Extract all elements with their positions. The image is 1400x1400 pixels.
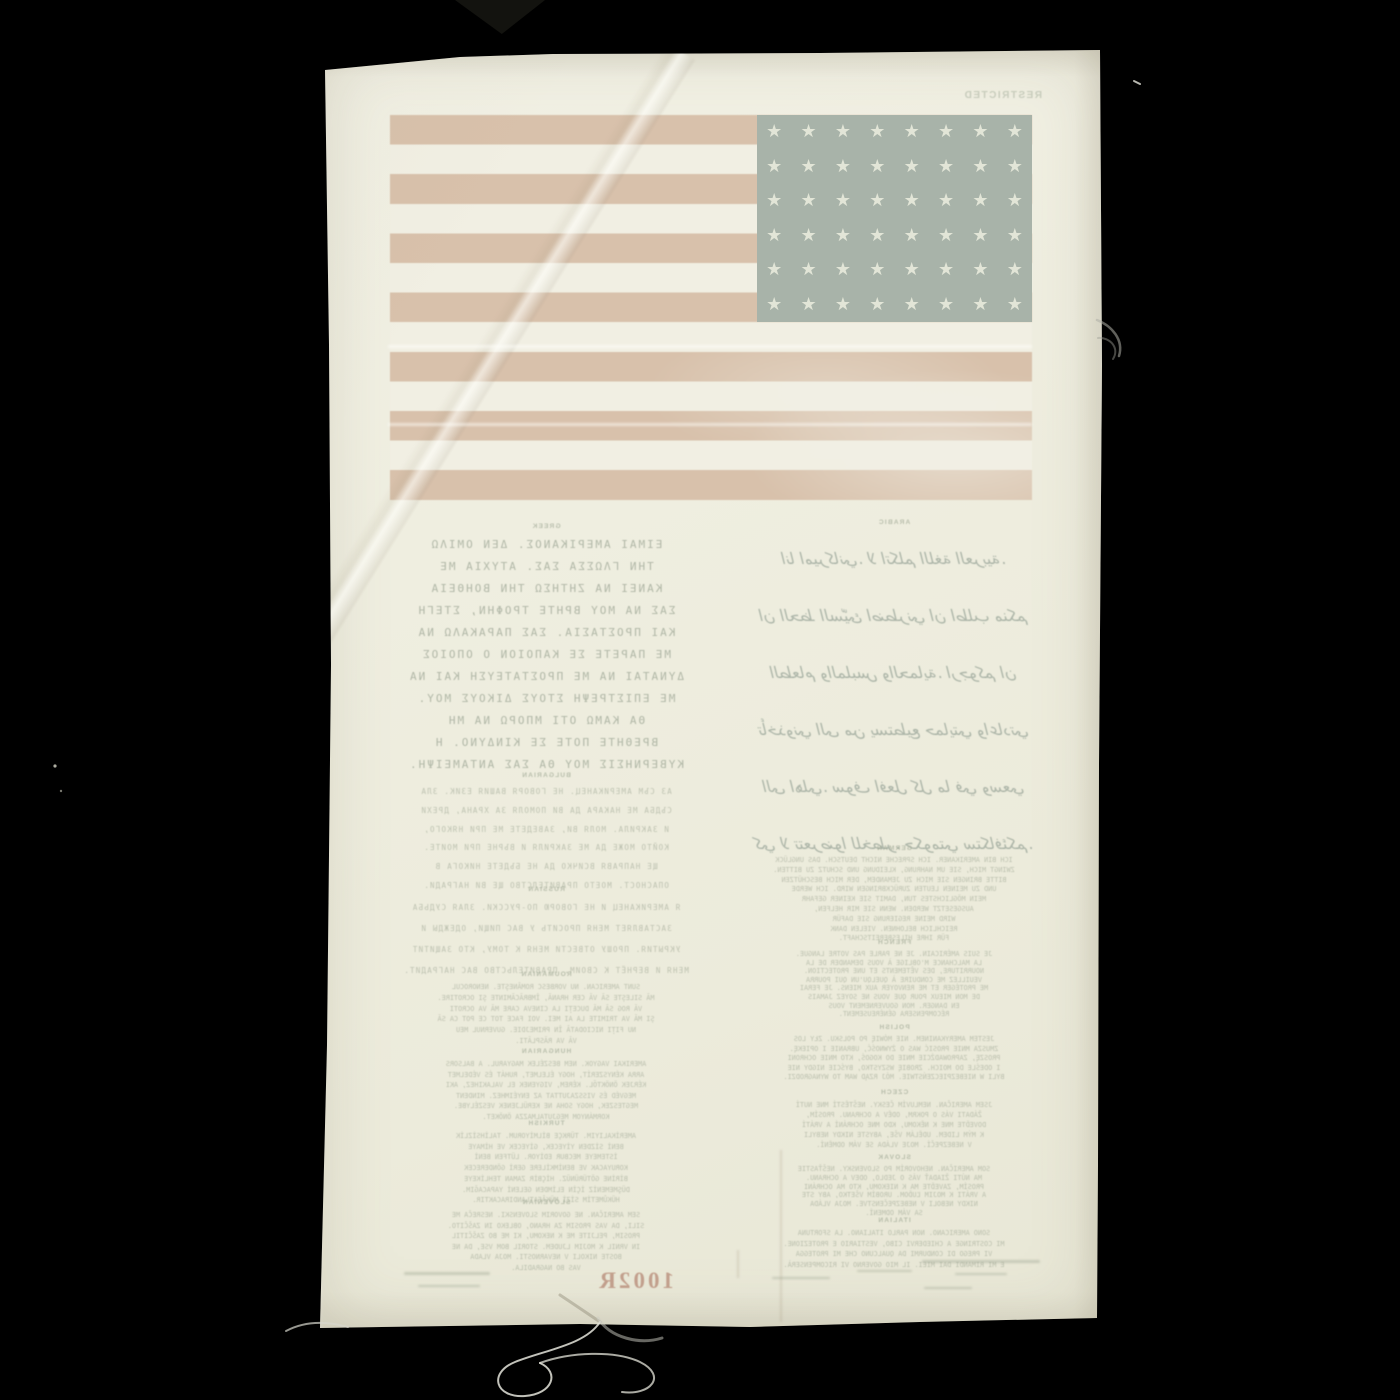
flag-star: ★ [766,192,782,210]
language-header: HUNGARIAN [384,1048,708,1055]
flag-star: ★ [869,158,885,176]
flag-star: ★ [1007,123,1023,141]
flag-star: ★ [801,158,817,176]
text-line: AMERİKALIYIM. TÜRKÇE BİLMİYORUM. TALİHSİ… [384,1131,708,1142]
text-line: الى اهلي. سوف افعل كل ما في وسعي [728,758,1060,815]
text-line: الطعام والملبس والحماية. ارجوكم ان [728,644,1060,701]
form-number: 1002R [596,1268,674,1294]
text-line: СЪДБА МЕ НАКАРА ДА ВИ ПОМОЛЯ ЗА ХРАНА, Д… [384,802,708,821]
flag-star: ★ [835,192,851,210]
flag-star: ★ [766,158,782,176]
flag-star: ★ [869,192,885,210]
flag-star: ★ [869,296,885,314]
text-line: КОЙТО МОЖЕ ДА МЕ ЗАКРИЛЯ И ВЪРНЕ ПРИ МОИ… [384,839,708,858]
speck-left [60,790,62,792]
text-line: KORUYACAK VE BENİMKİLERE GERİ GÖNDERECEK [384,1163,708,1174]
flag-star: ★ [869,123,885,141]
text-line: JE SUIS AMÉRICAIN. JE NE PARLE PAS VOTRE… [728,950,1060,959]
text-line: LA MALCHANCE M'OBLIGE À VOUS DEMANDER DE… [728,959,1060,968]
footer-ink-mark [418,1285,480,1287]
section-bulgarian: BULGARIANАЗ СЪМ АМЕРИКАНЕЦ. НЕ ГОВОРЯ ВА… [384,772,708,896]
language-header: POLISH [728,1024,1060,1031]
flag-star: ★ [904,123,920,141]
text-line: PROSZĘ, ZAPROWADŹCIE MNIE DO KOGOŚ, KTO … [728,1054,1060,1064]
section-french: FRENCHJE SUIS AMÉRICAIN. JE NE PARLE PAS… [728,939,1060,1019]
text-line: ŽÁDATI VÁS O POKRM, ODĚV A OCHRANU. PROS… [728,1110,1060,1120]
text-line: BOSTE NIKOLI V NEVARNOSTI. MOJA VLADA [384,1252,708,1263]
thread-loop [540,1354,654,1393]
flag-star: ★ [938,296,954,314]
flag-star: ★ [938,192,954,210]
text-line: V NEBEZPEČÍ. MOJE VLÁDA SE VÁM ODMĚNÍ. [728,1140,1060,1150]
flag-star: ★ [972,227,988,245]
text-line: MEGVÉD ÉS VISSZAJUTTAT AZ ENYÉIMHEZ. MIN… [384,1091,708,1102]
text-line: RÉCOMPENSERA GÉNÉREUSEMENT. [728,1010,1060,1019]
text-line: WIRD MEINE REGIERUNG SIE DAFÜR [728,915,1060,925]
footer-ink-mark [924,1287,972,1289]
language-header: TURKISH [384,1120,708,1127]
text-line: SONO AMERICANO. NON PARLO ITALIANO. LA S… [728,1228,1060,1239]
footer-ink-mark [922,1260,1040,1263]
text-line: ΚΑΝΕΙ ΝΑ ΖΗΤΗΣΩ ΤΗΝ ΒΟΗΘΕΙΑ [384,578,708,600]
language-header: RUSSIAN [384,886,708,893]
flag-star: ★ [801,296,817,314]
text-line: ΕΙΜΑΙ ΑΜΕΡΙΚΑΝΟΣ. ΔΕΝ ΟΜΙΛΩ [384,534,708,556]
section-czech: CZECHJSEM AMERIČAN. NEMLUVÍM ČESKY. NEŠT… [728,1089,1060,1150]
speck-top-right [1134,81,1140,84]
flag-star: ★ [938,123,954,141]
flag-star: ★ [938,261,954,279]
thread-loop [498,1322,600,1396]
language-header: FRENCH [728,939,1060,946]
text-line: تأخذوني الى من يستطيع حمايتي واعادتي [728,701,1060,758]
flag-star: ★ [835,261,851,279]
text-line: ΣΑΣ ΝΑ ΜΟΥ ΒΡΗΤΕ ΤΡΟΦΗΝ, ΣΤΕΓΗ [384,600,708,622]
text-line: ΤΗΝ ΓΛΩΣΣΑ ΣΑΣ. ΑΤΥΧΙΑ ΜΕ [384,556,708,578]
section-slovak: SLOVAKSOM AMERIČAN. NEHOVORÍM PO SLOVENS… [728,1154,1060,1218]
text-line: АЗ СЪМ АМЕРИКАНЕЦ. НЕ ГОВОРЯ ВАШИЯ ЕЗИК.… [384,783,708,802]
text-line: DOVEĎTE MNE K NĚKOMU, KDO MNE OCHRÁNÍ A … [728,1120,1060,1130]
text-line: ΜΕ ΠΑΡΕΤΕ ΣΕ ΚΑΠΟΙΟΝ Ο ΟΠΟΙΟΣ [384,644,708,666]
flag-star: ★ [869,227,885,245]
text-line: MEGTESZEK, HOGY SOHA NE KERÜLJENEK VESZÉ… [384,1101,708,1112]
text-line: NIKDY NEBOLI V NEBEZPEČENSTVE. MOJA VLÁD… [728,1200,1060,1209]
speck-left [53,764,56,767]
language-header: CZECH [728,1089,1060,1096]
footer-ink-mark [772,1277,830,1279]
language-header: BULGARIAN [384,772,708,779]
text-line: I ODEŚLE DO MOICH. ZROBIĘ WSZYSTKO, BYŚC… [728,1064,1060,1074]
flag-star: ★ [904,296,920,314]
flag-star: ★ [801,261,817,279]
flag-star: ★ [766,261,782,279]
leaflet-sheet: RESTRICTED ★★★★★★★★★★★★★★★★★★★★★★★★★★★★★… [320,45,1102,1330]
flag-star: ★ [869,261,885,279]
background-shadow-notch [455,0,545,34]
text-line: DÜŞMEMENİZ İÇİN ELİMDEN GELENİ YAPACAĞIM… [384,1185,708,1196]
section-slovenian: SLOVENIANSEM AMERIČAN. NE GOVORIM SLOVEN… [384,1199,708,1274]
text-line: ME PROTÉGER ET ME RENVOYER AUX MIENS. JE… [728,984,1060,993]
text-line: ЗАСТАВЛЯЕТ МЕНЯ ПРОСИТЬ У ВАС ПИЩИ, ОДЕЖ… [384,918,708,939]
language-header: ITALIAN [728,1217,1060,1224]
text-line: REICHLICH BELOHNEN. VIELEN DANK [728,925,1060,935]
flag-star: ★ [801,192,817,210]
text-line: ΒΡΕΘΗΤΕ ΠΟΤΕ ΣΕ ΚΙΝΔΥΝΟ. Η [384,732,708,754]
text-line: УКРЫТИЯ. ПРОШУ ОТВЕСТИ МЕНЯ К ТОМУ, КТО … [384,939,708,960]
language-header: ARABIC [728,519,1060,526]
text-line: ΜΕ ΕΠΙΣΤΡΕΨΗ ΣΤΟΥΣ ΔΙΚΟΥΣ ΜΟΥ. [384,688,708,710]
flag-star: ★ [904,192,920,210]
flag-star: ★ [835,227,851,245]
flag-star: ★ [972,123,988,141]
text-line: ΘΑ ΚΑΜΩ ΟΤΙ ΜΠΟΡΩ ΝΑ ΜΗ [384,710,708,732]
text-line: ZWINGT MICH, SIE UM NAHRUNG, KLEIDUNG UN… [728,866,1060,876]
section-turkish: TURKISHAMERİKALIYIM. TÜRKÇE BİLMİYORUM. … [384,1120,708,1206]
section-polish: POLISHJESTEM AMERYKANINEM. NIE MÓWIĘ PO … [728,1024,1060,1083]
text-line: Я АМЕРИКАНЕЦ И НЕ ГОВОРЮ ПО-РУССКИ. ЗЛАЯ… [384,897,708,918]
text-line: VĂ ROG SĂ MĂ DUCEȚI LA CINEVA CARE MĂ VA… [384,1004,708,1015]
language-header: GERMAN [728,845,1060,852]
flag-star: ★ [972,296,988,314]
language-header: GREEK [384,523,708,530]
text-line: ان الحظ السيّئ اضطرني ان اطلب منكم [728,587,1060,644]
flag-star: ★ [1007,192,1023,210]
text-line: A VRÁTI K MOJIM ĽUĎOM. UROBÍM VŠETKO, AB… [728,1191,1060,1200]
section-greek: GREEKΕΙΜΑΙ ΑΜΕΡΙΚΑΝΟΣ. ΔΕΝ ΟΜΙΛΩΤΗΝ ΓΛΩΣ… [384,523,708,776]
text-line: K MÝM LIDEM. UDĚLÁM VŠE, ABYSTE NIKDY NE… [728,1130,1060,1140]
footer-ink-mark [404,1272,490,1275]
text-line: ΚΑΙ ΠΡΟΣΤΑΣΙΑ. ΣΑΣ ΠΑΡΑΚΑΛΩ ΝΑ [384,622,708,644]
text-line: ZMUSZA MNIE PROSIĆ WAS O ŻYWNOŚĆ, UBRANI… [728,1045,1060,1055]
flag-star: ★ [1007,261,1023,279]
flag-star: ★ [1007,296,1023,314]
section-arabic: ARABICانا اميركاني. لا اتكلم اللغة العرب… [728,519,1060,872]
text-line: MEIN MÖGLICHSTES TUN, DAMIT SIE KEINER G… [728,895,1060,905]
flag-star: ★ [766,296,782,314]
text-line: SOM AMERIČAN. NEHOVORÍM PO SLOVENSKY. NE… [728,1165,1060,1174]
language-header: ROUMANIAN [384,971,708,978]
flag-star: ★ [801,123,817,141]
flag-star: ★ [766,123,782,141]
text-line: ICH BIN AMERIKANER. ICH SPRECHE NICHT DE… [728,856,1060,866]
text-line: IN VRNIL K MOJIM LJUDEM. STORIL BOM VSE,… [384,1242,708,1253]
flag-star: ★ [1007,227,1023,245]
flag-star: ★ [801,227,817,245]
text-line: SEM AMERIČAN. NE GOVORIM SLOVENSKI. NESR… [384,1210,708,1221]
footer-ink-mark [857,1270,912,1272]
text-line: EN DANGER. MON GOUVERNEMENT VOUS [728,1002,1060,1011]
section-russian: RUSSIANЯ АМЕРИКАНЕЦ И НЕ ГОВОРЮ ПО-РУССК… [384,886,708,981]
text-line: MI COSTRINGE A CHIEDERVI CIBO, VESTIARIO… [728,1239,1060,1250]
text-line: JESTEM AMERYKANINEM. NIE MÓWIĘ PO POLSKU… [728,1035,1060,1045]
text-line: И ЗАКРИЛА. МОЛЯ ВИ, ЗАВЕДЕТЕ МЕ ПРИ НЯКО… [384,821,708,840]
text-line: ΔΥΝΑΤΑΙ ΝΑ ΜΕ ΠΡΟΣΤΑΤΕΥΣΗ ΚΑΙ ΝΑ [384,666,708,688]
section-roumanian: ROUMANIANSUNT AMERICAN. NU VORBESC ROMÂN… [384,971,708,1047]
text-line: SILI, DA VAS PROSIM ZA HRANO, OBLEKO IN … [384,1221,708,1232]
flag-star: ★ [904,261,920,279]
flag-star: ★ [972,192,988,210]
text-line: BİRİNE GÖTÜRÜNÜZ. HİÇBİR ZAMAN TEHLİKEYE [384,1174,708,1185]
flag-canton: ★★★★★★★★★★★★★★★★★★★★★★★★★★★★★★★★★★★★★★★★… [757,115,1032,322]
flag-star: ★ [1007,158,1023,176]
text-line: AMERIKAI VAGYOK. NEM BESZÉLEK MAGYARUL. … [384,1059,708,1070]
text-line: انا اميركاني. لا اتكلم اللغة العربية. [728,530,1060,587]
flag-star: ★ [835,123,851,141]
text-line: ЩЕ НАПРАВЯ ВСИЧКО ДА НЕ БЪДЕТЕ НИКОГА В [384,858,708,877]
text-line: JSEM AMERIČAN. NEMLUVÍM ČESKY. NEŠTĚSTÍ … [728,1100,1060,1110]
text-line: MA NÚTI ŽIADAŤ VÁS O JEDLO, ODEV A OCHRA… [728,1174,1060,1183]
text-line: SUNT AMERICAN. NU VORBESC ROMÂNEȘTE. NEN… [384,982,708,993]
flag-star: ★ [835,296,851,314]
restricted-stamp: RESTRICTED [942,90,1042,101]
text-line: KÉRJEK ÖNÖKTŐL. KÉREM, VIGYENEK EL VALAK… [384,1080,708,1091]
flag-star: ★ [766,227,782,245]
flag-star: ★ [904,158,920,176]
flag-star: ★ [938,158,954,176]
footer-ink-mark [955,1273,1007,1275]
text-line: ARRA KÉNYSZERÍT, HOGY ÉLELMET, RUHÁT ÉS … [384,1070,708,1081]
text-line: DE MON MIEUX POUR QUE VOUS NE SOYEZ JAMA… [728,993,1060,1002]
text-line: BITTE BRINGEN SIE MICH ZU JEMANDEM, DER … [728,876,1060,886]
text-line: NOURRITURE, DES VÊTEMENTS ET UNE PROTECT… [728,967,1060,976]
section-hungarian: HUNGARIANAMERIKAI VAGYOK. NEM BESZÉLEK M… [384,1048,708,1123]
us-flag-print: ★★★★★★★★★★★★★★★★★★★★★★★★★★★★★★★★★★★★★★★★… [390,115,1032,500]
flag-star: ★ [972,158,988,176]
language-header: SLOVENIAN [384,1199,708,1206]
text-line: VĂ VA RĂSPLĂTI. [384,1036,708,1047]
text-line: BENİ SİZDEN YİYECEK, GİYECEK VE HİMAYE [384,1142,708,1153]
photo-background: RESTRICTED ★★★★★★★★★★★★★★★★★★★★★★★★★★★★★… [0,0,1400,1400]
leaflet-verso-face: RESTRICTED ★★★★★★★★★★★★★★★★★★★★★★★★★★★★★… [320,45,1102,1330]
text-line: ȘI MĂ VA TRIMITE LA AI MEI. VOI FACE TOT… [384,1014,708,1025]
text-line: VI PREGO DI CONDURMI DA QUALCUNO CHE MI … [728,1249,1060,1260]
text-line: UND ZU MEINEN LEUTEN ZURÜCKBRINGEN WIRD.… [728,885,1060,895]
text-line: AUSGESETZT WERDEN. WENN SIE MIR HELFEN, [728,905,1060,915]
flag-star: ★ [938,227,954,245]
flag-star: ★ [904,227,920,245]
language-header: SLOVAK [728,1154,1060,1161]
text-line: MĂ SILEȘTE SĂ VĂ CER HRANĂ, ÎMBRĂCĂMINTE… [384,993,708,1004]
text-line: İSTEMEYE MECBUR EDİYOR. LÜTFEN BENİ [384,1152,708,1163]
text-line: PROSIM, PELJITE ME K NEKOMU, KI ME BO ZA… [384,1231,708,1242]
flag-star: ★ [835,158,851,176]
section-german: GERMANICH BIN AMERIKANER. ICH SPRECHE NI… [728,845,1060,944]
text-line: NU FIȚI NICIODATĂ ÎN PRIMEJDIE. GUVERNUL… [384,1025,708,1036]
flag-star: ★ [972,261,988,279]
text-line: BYLI W NIEBEZPIECZEŃSTWIE. MÓJ RZĄD WAM … [728,1073,1060,1083]
